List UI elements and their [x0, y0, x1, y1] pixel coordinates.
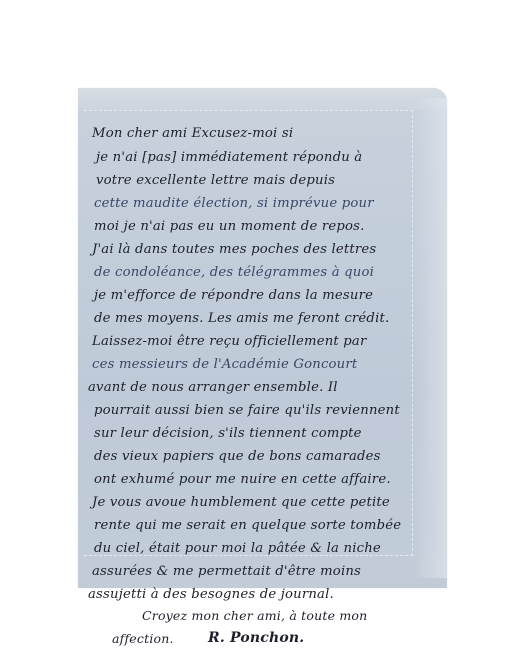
letter-line: sur leur décision, s'ils tiennent compte — [94, 426, 362, 441]
letter-line: pourrait aussi bien se faire qu'ils revi… — [94, 403, 400, 418]
letter-line: Laissez-moi être reçu officiellement par — [92, 334, 367, 349]
letter-line: J'ai là dans toutes mes poches des lettr… — [92, 242, 376, 257]
letter-line: assurées & me permettait d'être moins — [92, 564, 361, 579]
letter-line: cette maudite élection, si imprévue pour — [94, 196, 374, 211]
letter-line: ces messieurs de l'Académie Goncourt — [92, 357, 357, 372]
letter-line: avant de nous arranger ensemble. Il — [88, 380, 338, 395]
letter-line: Je vous avoue humblement que cette petit… — [92, 495, 390, 510]
letter-line: moi je n'ai pas eu un moment de repos. — [94, 219, 365, 234]
closing-line: Croyez mon cher ami, à toute mon — [142, 608, 367, 623]
letter-line: de condoléance, des télégrammes à quoi — [94, 265, 374, 280]
letter-line: du ciel, était pour moi la pâtée & la ni… — [94, 541, 381, 556]
letter-line: de mes moyens. Les amis me feront crédit… — [94, 311, 389, 326]
letter-line: rente qui me serait en quelque sorte tom… — [94, 518, 401, 533]
signature: R. Ponchon. — [208, 630, 304, 646]
closing-affection: affection. — [112, 631, 174, 646]
letter-line: Mon cher ami Excusez-moi si — [92, 126, 293, 141]
letter-line: je n'ai [pas] immédiatement répondu à — [96, 150, 362, 165]
letter-line: ont exhumé pour me nuire en cette affair… — [94, 472, 391, 487]
letter-line: des vieux papiers que de bons camarades — [94, 449, 381, 464]
letter-line: je m'efforce de répondre dans la mesure — [94, 288, 373, 303]
letter-line: assujetti à des besognes de journal. — [88, 587, 334, 602]
paper-fold — [413, 98, 447, 578]
paper-top-edge — [78, 88, 447, 110]
letter-line: votre excellente lettre mais depuis — [96, 173, 335, 188]
